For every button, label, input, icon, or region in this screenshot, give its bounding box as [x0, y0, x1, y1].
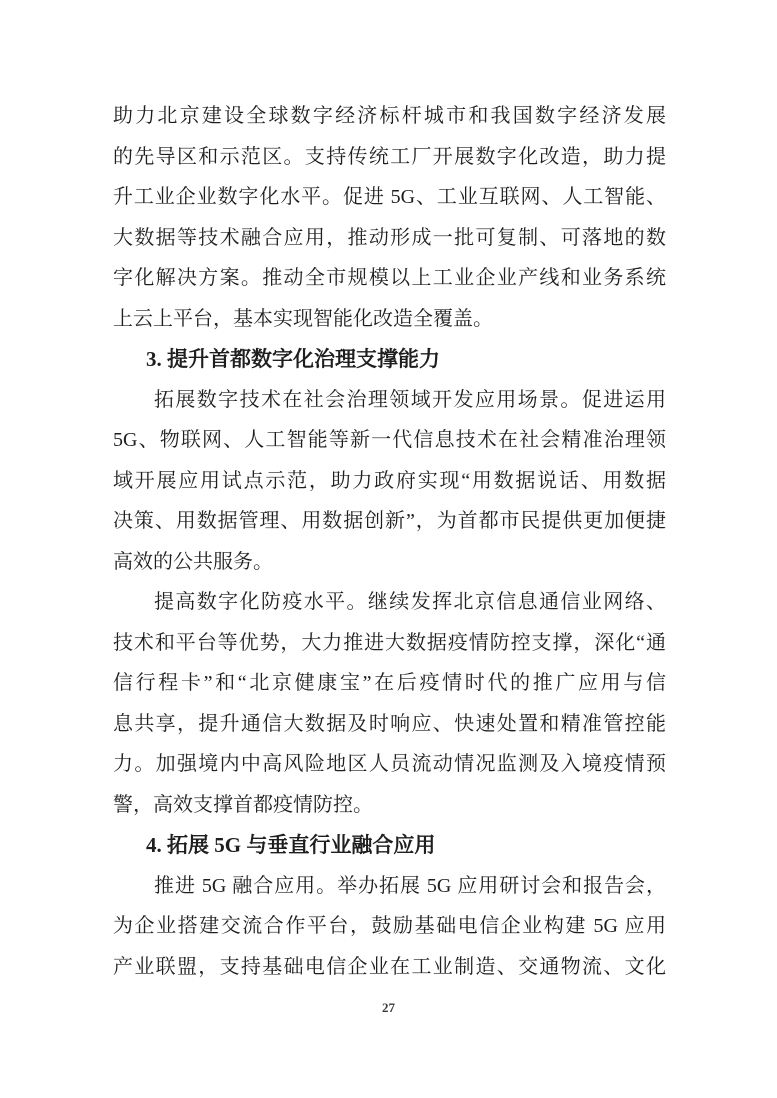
text-line: 力。加强境内中高风险地区人员流动情况监测及入境疫情预 [113, 744, 666, 785]
text-line: 升工业企业数字化水平。促进 5G、工业互联网、人工智能、 [113, 177, 666, 218]
text-line: 息共享，提升通信大数据及时响应、快速处置和精准管控能 [113, 704, 666, 745]
text-line: 为企业搭建交流合作平台，鼓励基础电信企业构建 5G 应用 [113, 906, 666, 947]
text-line: 推进 5G 融合应用。举办拓展 5G 应用研讨会和报告会， [113, 866, 666, 907]
text-line: 上云上平台，基本实现智能化改造全覆盖。 [113, 299, 666, 340]
text-line: 5G、物联网、人工智能等新一代信息技术在社会精准治理领 [113, 420, 666, 461]
text-line: 大数据等技术融合应用，推动形成一批可复制、可落地的数 [113, 218, 666, 259]
text-line: 拓展数字技术在社会治理领域开发应用场景。促进运用 [113, 380, 666, 421]
text-line: 产业联盟，支持基础电信企业在工业制造、交通物流、文化 [113, 947, 666, 988]
document-page: 助力北京建设全球数字经济标杆城市和我国数字经济发展 的先导区和示范区。支持传统工… [0, 0, 777, 1098]
text-line: 域开展应用试点示范，助力政府实现“用数据说话、用数据 [113, 461, 666, 502]
page-number: 27 [0, 1000, 777, 1016]
text-line: 警，高效支撑首都疫情防控。 [113, 785, 666, 826]
text-line: 的先导区和示范区。支持传统工厂开展数字化改造，助力提 [113, 137, 666, 178]
text-line: 信行程卡”和“北京健康宝”在后疫情时代的推广应用与信 [113, 663, 666, 704]
page-content: 助力北京建设全球数字经济标杆城市和我国数字经济发展 的先导区和示范区。支持传统工… [113, 96, 666, 987]
text-line: 提高数字化防疫水平。继续发挥北京信息通信业网络、 [113, 582, 666, 623]
text-line: 高效的公共服务。 [113, 542, 666, 583]
text-line: 字化解决方案。推动全市规模以上工业企业产线和业务系统 [113, 258, 666, 299]
text-line: 技术和平台等优势，大力推进大数据疫情防控支撑，深化“通 [113, 623, 666, 664]
text-line: 决策、用数据管理、用数据创新”，为首都市民提供更加便捷 [113, 501, 666, 542]
section-heading-3: 3. 提升首都数字化治理支撑能力 [113, 339, 666, 380]
section-heading-4: 4. 拓展 5G 与垂直行业融合应用 [113, 825, 666, 866]
text-line: 助力北京建设全球数字经济标杆城市和我国数字经济发展 [113, 96, 666, 137]
